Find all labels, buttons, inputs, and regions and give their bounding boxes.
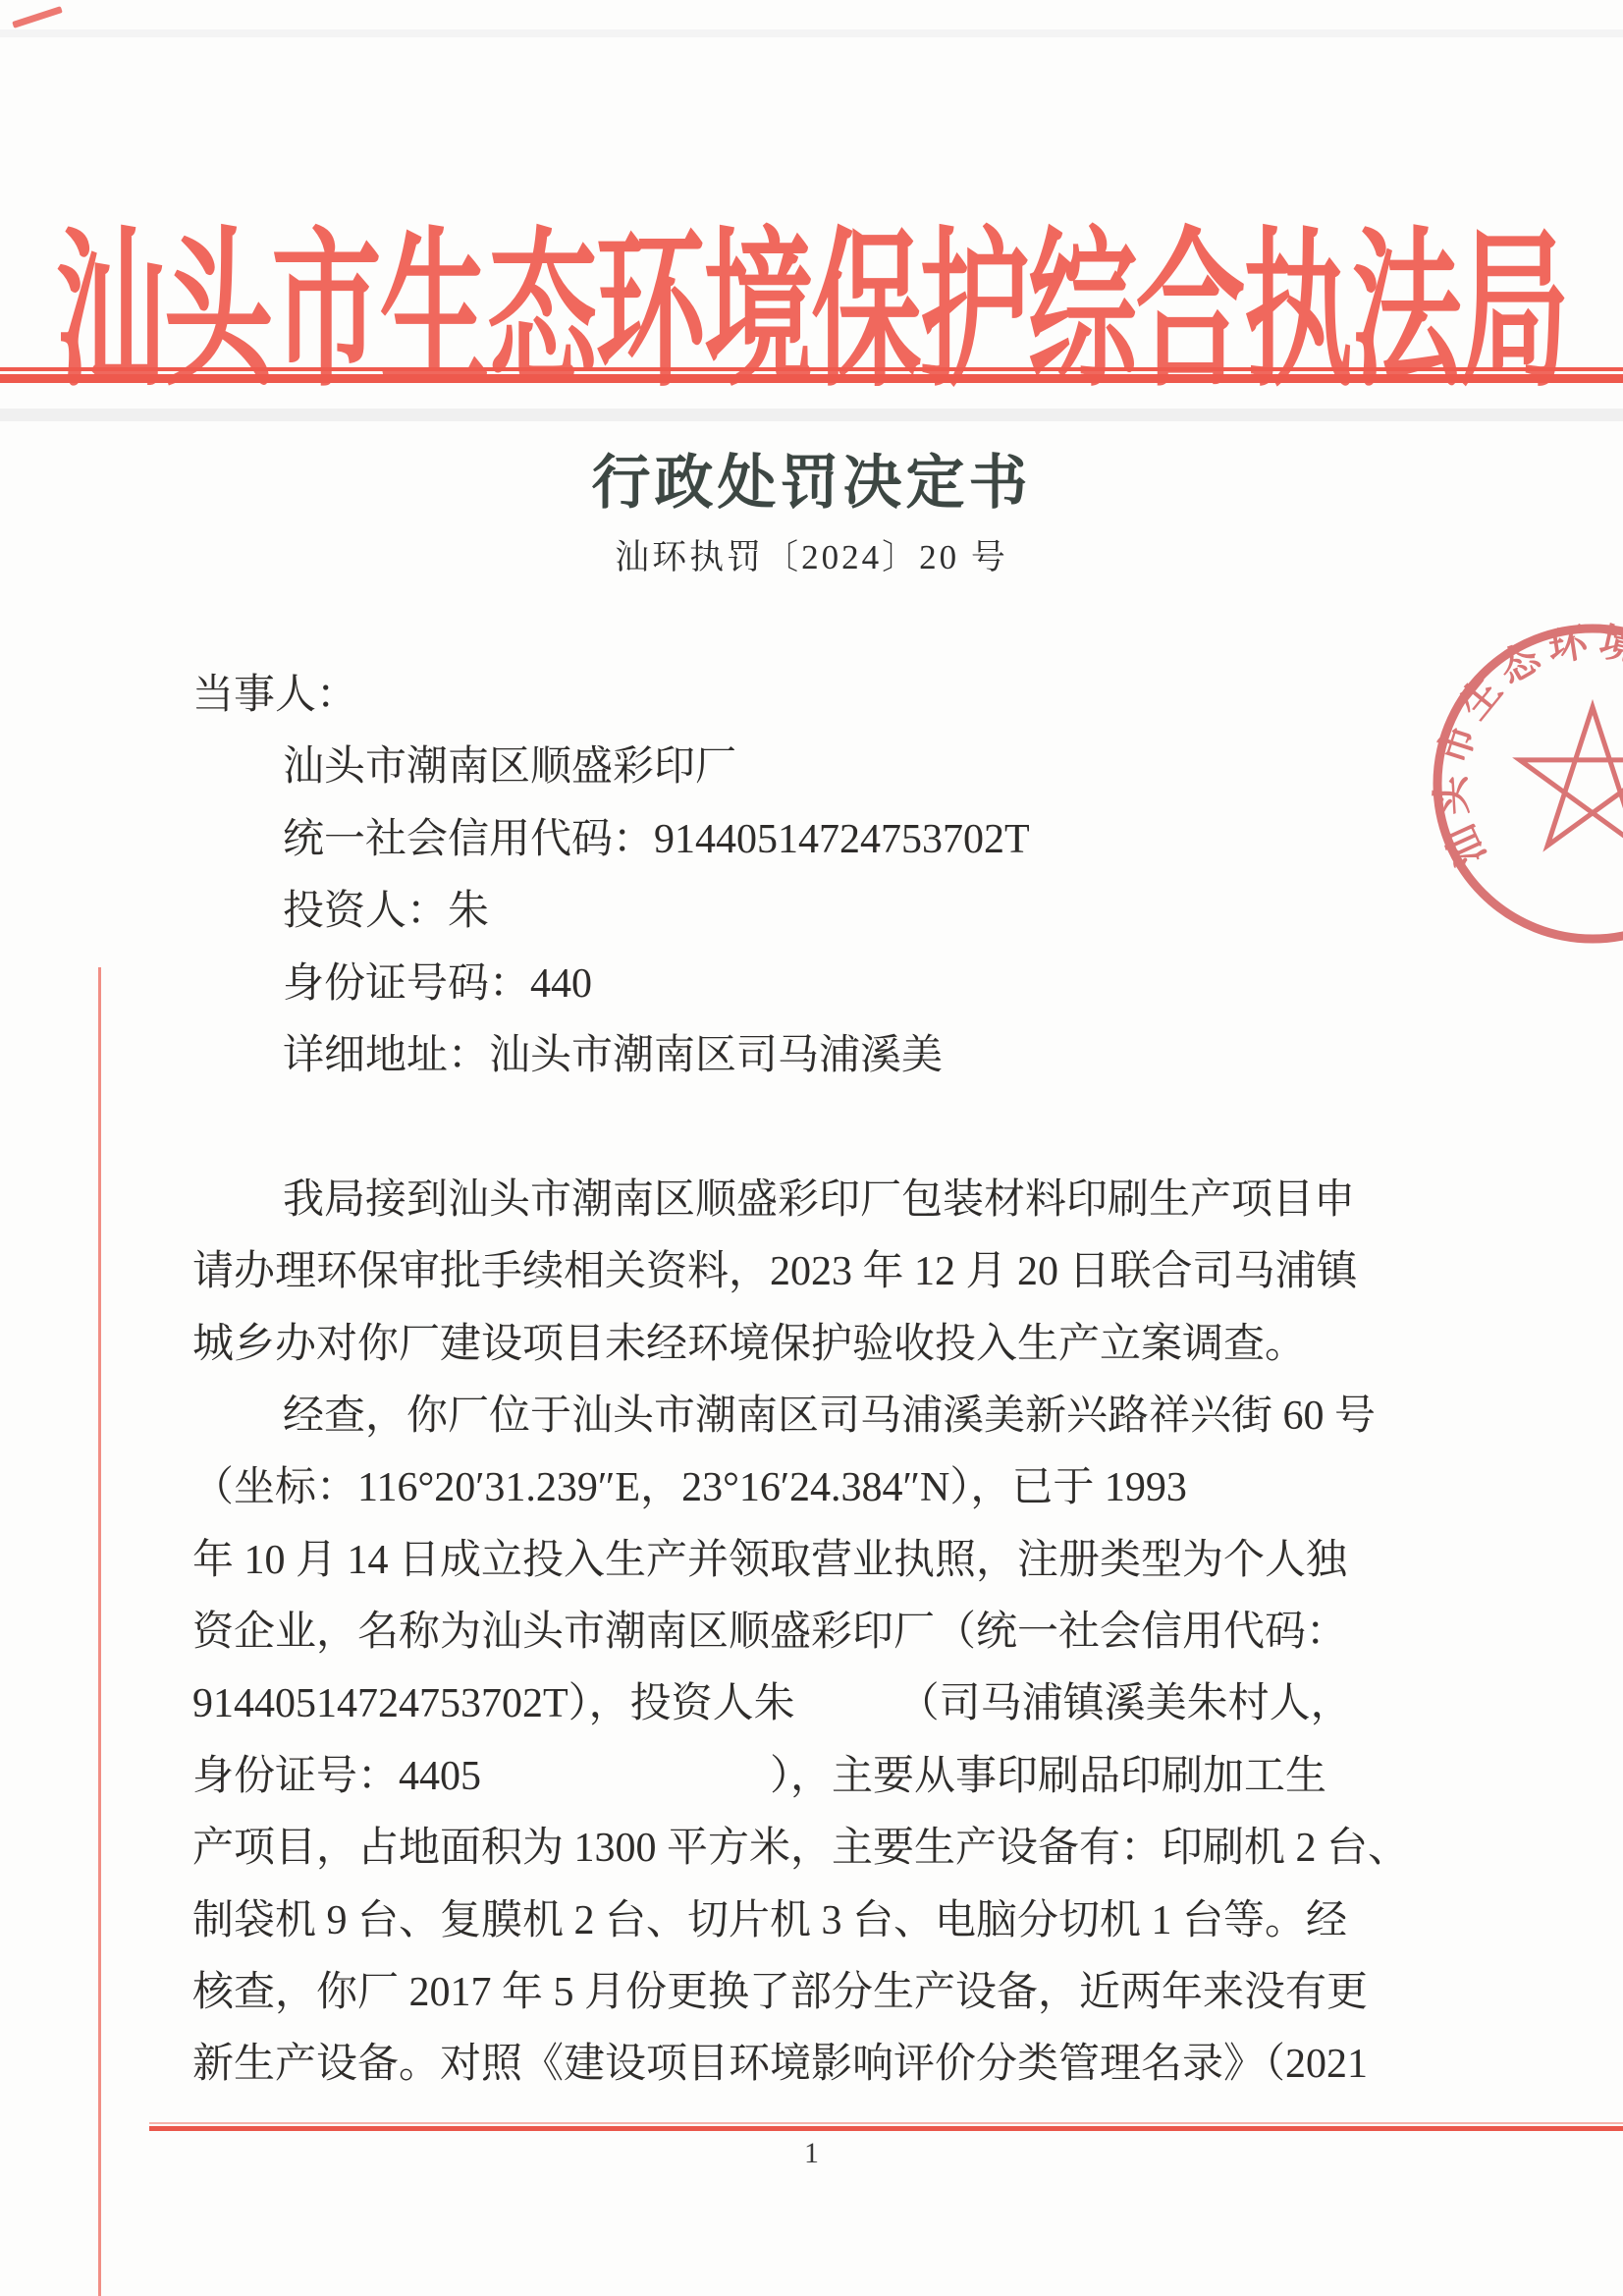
party-label: 当事人： [192, 660, 1459, 732]
body-line: 产项目，占地面积为 1300 平方米，主要生产设备有：印刷机 2 台、 [192, 1813, 1459, 1885]
body-line: 资企业，名称为汕头市潮南区顺盛彩印厂（统一社会信用代码： [192, 1597, 1459, 1668]
document-title: 行政处罚决定书 [0, 436, 1623, 520]
body-line: 91440514724753702T），投资人朱 （司马浦镇溪美朱村人， [192, 1668, 1459, 1740]
id-number-line: 身份证号码：440 [192, 949, 1459, 1020]
party-name: 汕头市潮南区顺盛彩印厂 [192, 732, 1459, 803]
letterhead-title: 汕头市生态环境保护综合执法局 [0, 175, 1623, 420]
body-line: 城乡办对你厂建设项目未经环境保护验收投入生产立案调查。 [192, 1309, 1459, 1381]
scan-artifact-band [0, 29, 1623, 37]
left-red-edge-line [98, 967, 101, 2296]
body-line: 制袋机 9 台、复膜机 2 台、切片机 3 台、电脑分切机 1 台等。经 [192, 1886, 1459, 1957]
body-line: 经查，你厂位于汕头市潮南区司马浦溪美新兴路祥兴街 60 号 [192, 1381, 1459, 1452]
body-line: 请办理环保审批手续相关资料，2023 年 12 月 20 日联合司马浦镇 [192, 1236, 1459, 1308]
page-number: 1 [0, 2137, 1623, 2170]
footer-rule-highlight [149, 2122, 1623, 2124]
red-corner-mark [12, 6, 63, 28]
document-page: 汕头市生态环境保护综合执法局 行政处罚决定书 汕环执罚〔2024〕20 号 汕头… [0, 0, 1623, 2296]
body-line: 我局接到汕头市潮南区顺盛彩印厂包装材料印刷生产项目申 [192, 1165, 1459, 1236]
scan-artifact-band [0, 409, 1623, 421]
blank-line [192, 1092, 1459, 1164]
body-line: 年 10 月 14 日成立投入生产并领取营业执照，注册类型为个人独 [192, 1525, 1459, 1597]
investor-line: 投资人：朱 [192, 876, 1459, 948]
letterhead-rule-thick [0, 374, 1623, 383]
footer-rule [149, 2126, 1623, 2131]
body-line: 核查，你厂 2017 年 5 月份更换了部分生产设备，近两年来没有更 [192, 1957, 1459, 2029]
seal-star-icon [1520, 707, 1623, 846]
address-line: 详细地址：汕头市潮南区司马浦溪美 [192, 1020, 1459, 1092]
letterhead-rule-thin [0, 367, 1623, 371]
document-number: 汕环执罚〔2024〕20 号 [0, 530, 1623, 579]
credit-code-line: 统一社会信用代码：91440514724753702T [192, 804, 1459, 876]
body-line: （坐标：116°20′31.239″E，23°16′24.384″N），已于 1… [192, 1452, 1459, 1524]
body-line: 身份证号：4405 ），主要从事印刷品印刷加工生 [192, 1741, 1459, 1813]
body-line: 新生产设备。对照《建设项目环境影响评价分类管理名录》（2021 [192, 2029, 1459, 2101]
document-body: 当事人： 汕头市潮南区顺盛彩印厂 统一社会信用代码：91440514724753… [192, 660, 1459, 2102]
